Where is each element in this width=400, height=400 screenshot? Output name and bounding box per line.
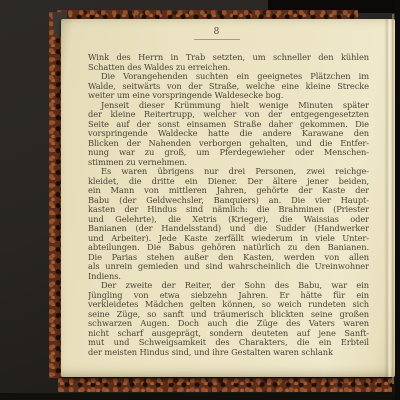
book-page: 8 Wink des Herrn in Trab setzten, um sch… [61, 19, 395, 377]
text-line: Walde, seitwärts von der Straße, welche … [88, 82, 369, 92]
text-line: abteilungen. Die Babus gehören natürlich… [88, 243, 369, 253]
text-line: Der zweite der Reiter, der Sohn des Babu… [88, 281, 369, 291]
text-line: schwarzen Augen. Doch auch die Züge des … [88, 319, 369, 329]
text-line: als unrein gemieden und sind wahrscheinl… [88, 262, 369, 272]
marbled-cover-edge-top [57, 10, 358, 19]
text-line: Es waren übrigens nur drei Personen, zwe… [88, 167, 369, 177]
page-number-rule [194, 39, 240, 40]
background-shadow-bottom [0, 393, 400, 400]
text-line: kleidet, die dritte ein Diener. Der älte… [88, 177, 369, 187]
text-line: Die Vorangehenden suchten ein geeignetes… [88, 72, 369, 82]
text-line: Indiens. [88, 272, 369, 282]
page-number: 8 [61, 27, 373, 37]
text-line: ein Mann von mittleren Jahren, gehörte d… [88, 186, 369, 196]
text-line: Blicken der Nahenden verborgen gehalten,… [88, 139, 369, 149]
text-line: Banianen (der Handelsstand) und die Sudd… [88, 224, 369, 234]
text-line: Wink des Herrn in Trab setzten, um schne… [88, 53, 369, 63]
page-text-block: Wink des Herrn in Trab setzten, um schne… [88, 53, 369, 357]
page-edge-line-right [392, 14, 394, 384]
text-line: mut und Schweigsamkeit des Charakters, d… [88, 338, 369, 348]
text-line: Jenseit dieser Krümmung hielt wenige Min… [88, 101, 369, 111]
text-line: vorspringende Waldecke hatte die andere … [88, 129, 369, 139]
text-line: der kleine Reitertrupp, welcher von der … [88, 110, 369, 120]
text-line: verkleidetes Mädchen gelten können, so w… [88, 300, 369, 310]
text-line: seine Züge, so sanft und träumerisch bli… [88, 310, 369, 320]
text-line: Seite auf der sonst einsamen Straße dahe… [88, 120, 369, 130]
text-line: kasten der Hindus sind nämlich: die Brah… [88, 205, 369, 215]
text-line: Jüngling von etwa siebzehn Jahren. Er hä… [88, 291, 369, 301]
text-line: der meisten Hindus sind, und ihre Gestal… [88, 348, 369, 358]
text-line: nicht scharf ausgeprägt, sondern deutete… [88, 329, 369, 339]
text-line: stimmen zu vernehmen. [88, 158, 369, 168]
text-line: weiter um eine vorspringende Waldesecke … [88, 91, 369, 101]
text-line: Die Parias stehen außer den Kasten, werd… [88, 253, 369, 263]
text-line: und Gelehrte), die Xetris (Krieger), die… [88, 215, 369, 225]
text-line: und Arbeiter). Jede Kaste zerfällt wiede… [88, 234, 369, 244]
book-edge-right [395, 0, 400, 400]
page-header: 8 [61, 27, 373, 40]
text-line: Schatten des Waldes zu erreichen. [88, 63, 369, 73]
marbled-cover-edge-bottom [58, 378, 392, 392]
text-line: Babu (der Geldwechsler, Banquiers) an. D… [88, 196, 369, 206]
text-line: nung war zu groß, um Pferdegewieher oder… [88, 148, 369, 158]
book-photo: 8 Wink des Herrn in Trab setzten, um sch… [0, 0, 400, 400]
